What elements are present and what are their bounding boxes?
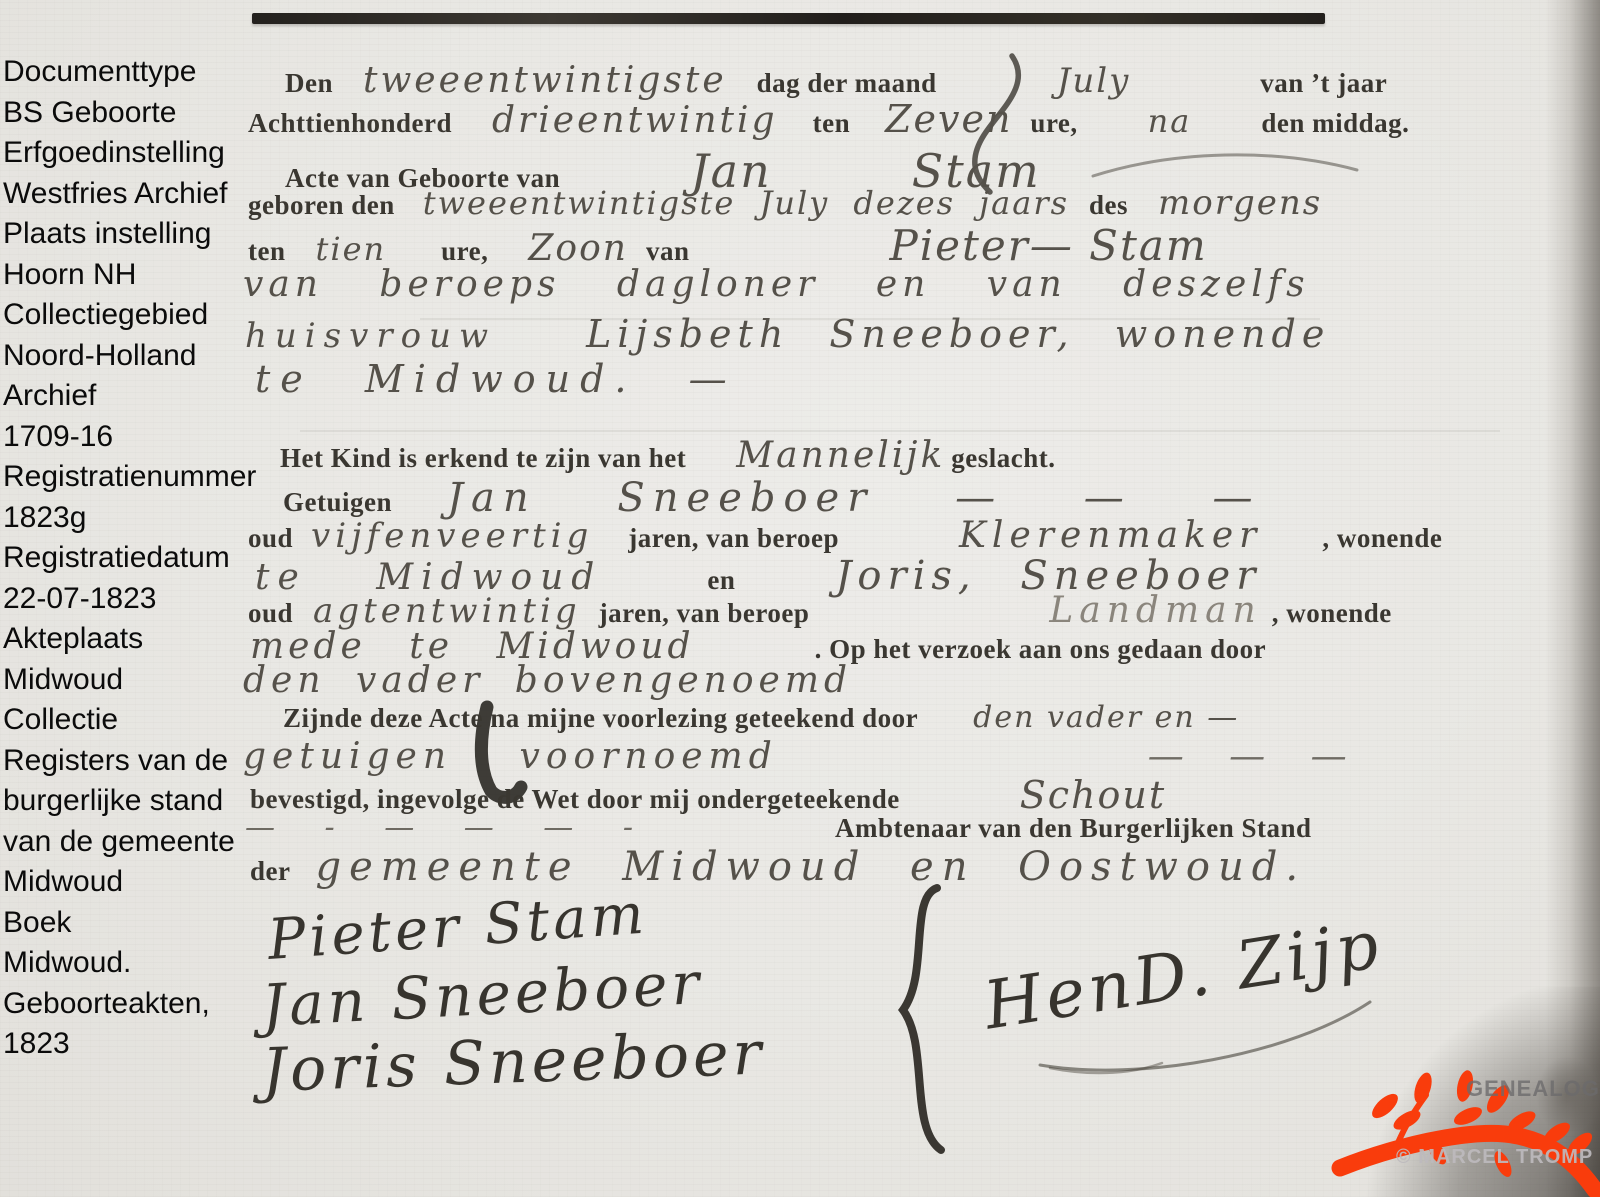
scanned-birth-record: DocumenttypeBS GeboorteErfgoedinstelling…: [0, 0, 1600, 1197]
handwritten-text: te Midwoud. —: [255, 357, 737, 401]
printed-text: geslacht.: [951, 443, 1055, 473]
metadata-line: Registers van de: [3, 741, 256, 782]
printed-text: Zijnde deze Acte na mijne voorlezing get…: [283, 703, 918, 733]
metadata-line: van de gemeente: [3, 822, 256, 863]
handwritten-text: Klerenmaker: [959, 515, 1262, 556]
metadata-line: Registratienummer: [3, 457, 256, 498]
printed-text: Den: [285, 68, 333, 98]
handwritten-text: Landman: [1049, 590, 1261, 631]
handwritten-text: vijfenveertig: [311, 516, 593, 556]
handwritten-text: tweeentwintigste: [363, 60, 727, 101]
handwritten-text: drieentwintig: [492, 100, 778, 141]
metadata-line: Midwoud.: [3, 943, 256, 984]
handwritten-text: tweeentwintigste July dezes jaars: [423, 184, 1069, 222]
printed-text: des: [1089, 190, 1128, 220]
handwritten-text: Schout: [1020, 773, 1166, 817]
printed-text: jaren, van beroep: [599, 598, 810, 628]
printed-text: Het Kind is erkend te zijn van het: [280, 443, 686, 473]
signature-swash: [1085, 140, 1365, 185]
handwritten-text: — — —: [1148, 736, 1349, 777]
metadata-line: Akteplaats: [3, 619, 256, 660]
handwritten-text: gemeente Midwoud en Oostwoud.: [315, 844, 1306, 890]
printed-text: oud: [248, 523, 293, 553]
metadata-line: 1709-16: [3, 417, 256, 458]
handwritten-text: Mannelijk: [736, 435, 945, 476]
metadata-line: Registratiedatum: [3, 538, 256, 579]
metadata-line: Collectiegebied: [3, 295, 256, 336]
document-line: Dentweeentwintigstedag der maandJulyvan …: [285, 62, 1387, 100]
handwritten-text: morgens: [1158, 183, 1322, 223]
metadata-line: BS Geboorte: [3, 93, 256, 134]
printed-text: , wonende: [1322, 523, 1442, 553]
printed-text: en: [707, 565, 735, 595]
document-line: GetuigenJan Sneeboer — — —: [283, 477, 1261, 519]
metadata-line: Erfgoedinstelling: [3, 133, 256, 174]
scan-artifact-line: [300, 430, 1500, 432]
document-line: AchttienhonderddrieentwintigtenZevenure,…: [248, 100, 1409, 140]
metadata-line: Midwoud: [3, 660, 256, 701]
handwritten-text: — - — — — -: [245, 810, 635, 845]
printed-text: ten: [248, 236, 286, 266]
metadata-line: burgerlijke stand: [3, 781, 256, 822]
handwritten-text: tien: [316, 230, 387, 268]
printed-text: den middag.: [1261, 108, 1409, 138]
metadata-line: Westfries Archief: [3, 174, 256, 215]
printed-text: Getuigen: [283, 487, 392, 517]
document-line: te Midwoud. —: [255, 360, 737, 400]
printed-text: van ’t jaar: [1260, 68, 1387, 98]
printed-text: , wonende: [1272, 598, 1392, 628]
handwritten-text: agtentwintig: [313, 591, 581, 631]
metadata-overlay: DocumenttypeBS GeboorteErfgoedinstelling…: [3, 52, 256, 1065]
printed-text: geboren den: [248, 190, 395, 220]
printed-text: jaren, van beroep: [628, 523, 839, 553]
metadata-line: 1823g: [3, 498, 256, 539]
document-line: van beroeps dagloner en van deszelfs: [243, 266, 1310, 304]
logo-genealogie-text: GENEALOGIEN: [1466, 1076, 1600, 1102]
document-line: den vader bovengenoemd: [243, 662, 852, 700]
metadata-line: Plaats instelling: [3, 214, 256, 255]
handwritten-text: Pieter— Stam: [889, 221, 1207, 270]
metadata-line: Midwoud: [3, 862, 256, 903]
metadata-line: Hoorn NH: [3, 255, 256, 296]
metadata-line: Documenttype: [3, 52, 256, 93]
handwritten-text: van beroeps dagloner en van deszelfs: [243, 264, 1310, 305]
document-line: geboren dentweeentwintigste July dezes j…: [248, 186, 1322, 222]
document-line: huisvrouwLijsbeth Sneeboer, wonende: [245, 315, 1330, 355]
document-line: Het Kind is erkend te zijn van hetMannel…: [280, 437, 1056, 475]
metadata-line: 1823: [3, 1024, 256, 1065]
handwritten-text: getuigen voornoemd: [243, 736, 778, 777]
document-line: dergemeente Midwoud en Oostwoud.: [250, 846, 1306, 888]
printed-text: Achttienhonderd: [248, 108, 452, 138]
document-line: getuigen voornoemd— — —: [243, 738, 1349, 776]
logo-copyright-text: © MARCEL TROMP: [1396, 1146, 1593, 1169]
metadata-line: Noord-Holland: [3, 336, 256, 377]
printed-text: ten: [813, 108, 851, 138]
handwritten-text: den vader en —: [973, 700, 1239, 735]
handwritten-text: den vader bovengenoemd: [243, 660, 852, 701]
document-top-rule: [252, 13, 1325, 24]
handwritten-text: Zeven: [885, 97, 1012, 141]
handwritten-text: Lijsbeth Sneeboer, wonende: [586, 312, 1330, 356]
document-line: tentienure,ZoonvanPieter— Stam: [248, 224, 1208, 268]
printed-text: van: [646, 236, 690, 266]
printed-text: . Op het verzoek aan ons gedaan door: [815, 634, 1267, 664]
metadata-line: Boek: [3, 903, 256, 944]
handwritten-text: July: [1057, 61, 1131, 101]
document-line: oudagtentwintigjaren, van beroepLandman,…: [248, 592, 1392, 630]
logo-branch-icon: [1325, 1050, 1600, 1197]
printed-text: dag der maand: [757, 68, 937, 98]
printed-text: ure,: [441, 236, 488, 266]
handwritten-text: na: [1148, 102, 1192, 140]
metadata-line: Collectie: [3, 700, 256, 741]
metadata-line: 22-07-1823: [3, 579, 256, 620]
metadata-line: Geboorteakten,: [3, 984, 256, 1025]
document-line: Zijnde deze Acte na mijne voorlezing get…: [283, 702, 1239, 734]
document-line: — - — — — -Ambtenaar van den Burgerlijke…: [245, 812, 1312, 844]
printed-text: ure,: [1030, 108, 1077, 138]
handwritten-text: Zoon: [528, 228, 628, 269]
printed-text: oud: [248, 598, 293, 628]
handwritten-text: huisvrouw: [245, 316, 496, 356]
printed-text: der: [250, 856, 290, 886]
document-line: oudvijfenveertigjaren, van beroepKlerenm…: [248, 517, 1442, 555]
metadata-line: Archief: [3, 376, 256, 417]
printed-text: Ambtenaar van den Burgerlijken Stand: [835, 813, 1312, 843]
